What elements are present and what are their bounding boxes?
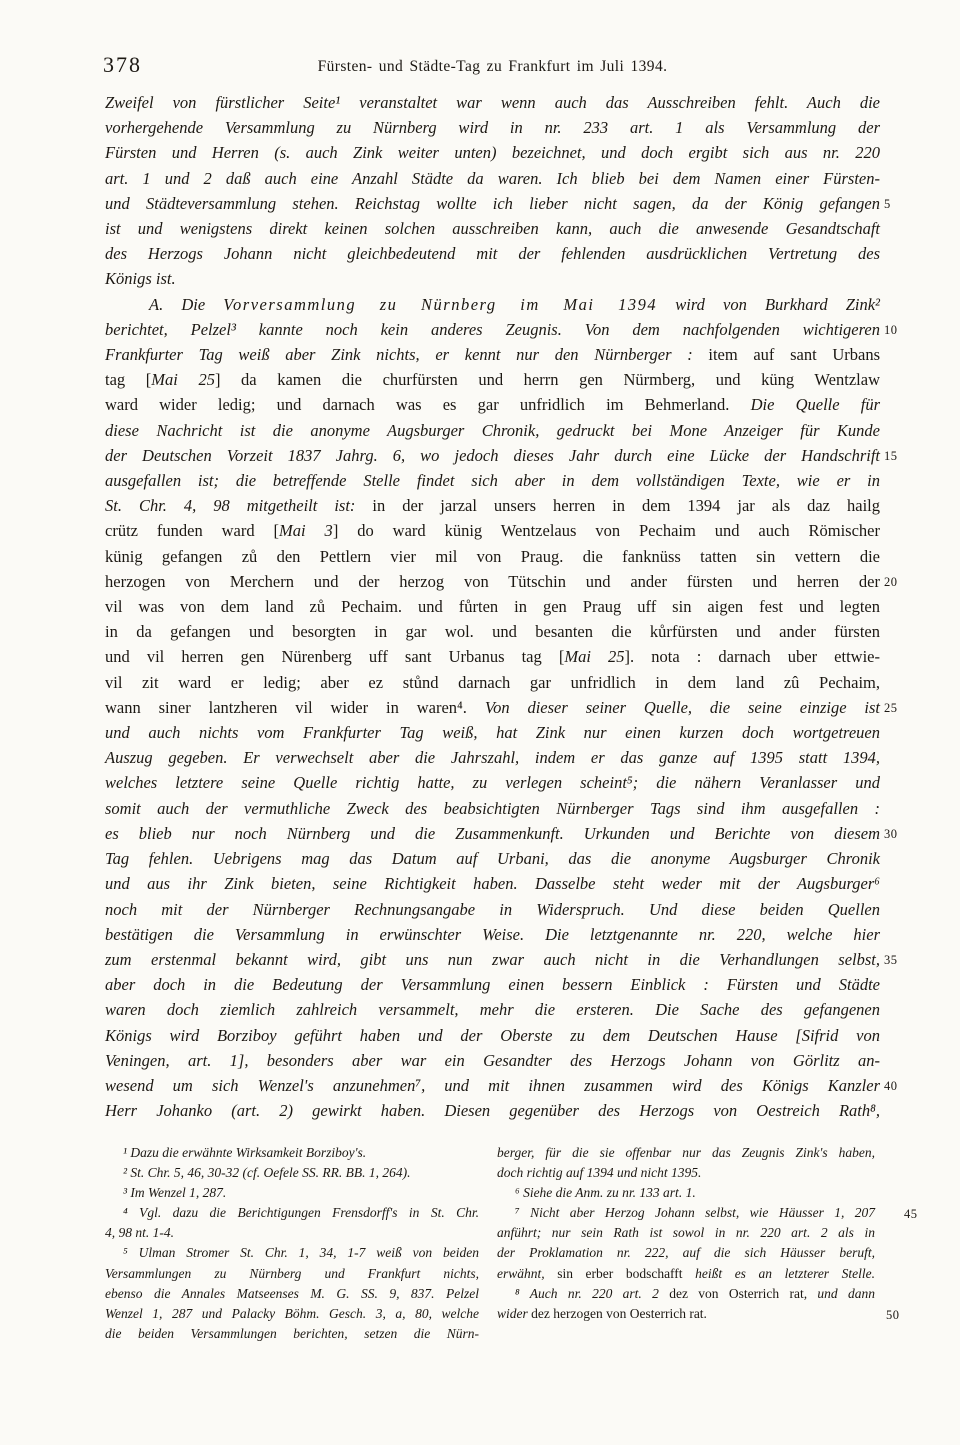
text-line: wann siner lantzheren vil wider in waren… bbox=[105, 695, 880, 720]
text-segment: , und dann bbox=[804, 1286, 875, 1301]
text-segment: und vil herren gen Nürenberg uff sant Ur… bbox=[105, 647, 564, 666]
text-line: berichtet, Pelzel³ kannte noch kein ande… bbox=[105, 317, 880, 342]
text-segment: tag [ bbox=[105, 370, 151, 389]
text-segment: Auszug gegeben. Er verwechselt aber die … bbox=[105, 748, 880, 767]
text-segment: anführt; nur sein Rath ist sowol in nr. … bbox=[497, 1225, 875, 1240]
text-segment: waren doch ziemlich zahlreich versammelt… bbox=[105, 1000, 880, 1019]
text-segment: Von dieser seiner Quelle, die seine einz… bbox=[485, 698, 880, 717]
text-segment: ]. nota : darnach uber ettwie- bbox=[625, 647, 880, 666]
text-line: vorhergehende Versammlung zu Nürnberg wi… bbox=[105, 115, 880, 140]
text-segment: doch richtig auf 1394 und nicht 1395. bbox=[497, 1165, 701, 1180]
text-line: Auszug gegeben. Er verwechselt aber die … bbox=[105, 745, 880, 770]
text-segment: und Städteversammlung stehen. Reichstag … bbox=[105, 194, 880, 213]
text-segment: noch mit der Nürnberger Rechnungsangabe … bbox=[105, 900, 880, 919]
text-line: ist und wenigstens direkt keinen solchen… bbox=[105, 216, 880, 241]
text-segment: Tag fehlen. Uebrigens mag das Datum auf … bbox=[105, 849, 880, 868]
text-segment: Veningen, art. 1], besonders aber war ei… bbox=[105, 1051, 880, 1070]
text-line: Königs ist. bbox=[105, 266, 880, 291]
margin-line-number: 30 bbox=[884, 822, 898, 847]
text-line: Fürsten und Herren (s. auch Zink weiter … bbox=[105, 140, 880, 165]
text-line: aber doch in die Bedeutung der Versammlu… bbox=[105, 972, 880, 997]
text-line: vil was von dem land zů Pechaim. und fůr… bbox=[105, 594, 880, 619]
text-segment: welches letztere seine Quelle richtig ha… bbox=[105, 773, 880, 792]
text-line: berger, für die sie offenbar nur das Zeu… bbox=[497, 1143, 875, 1163]
main-text-block: Zweifel von fürstlicher Seite¹ veranstal… bbox=[105, 90, 880, 1123]
text-line: somit auch der vermuthliche Zweck des be… bbox=[105, 796, 880, 821]
text-line: diese Nachricht ist die anonyme Augsburg… bbox=[105, 418, 880, 443]
text-line: noch mit der Nürnberger Rechnungsangabe … bbox=[105, 897, 880, 922]
text-segment: Zweifel von fürstlicher Seite¹ veranstal… bbox=[105, 93, 880, 112]
text-segment: Vorversammlung zu Nürnberg im Mai 1394 bbox=[223, 295, 657, 314]
text-line: ⁵ Ulman Stromer St. Chr. 1, 34, 1-7 weiß… bbox=[105, 1243, 479, 1263]
text-segment: ⁴ Vgl. dazu die Berichtigungen Frensdorf… bbox=[123, 1205, 479, 1220]
text-segment: wann siner lantzheren vil wider in waren… bbox=[105, 698, 485, 717]
text-line: künig gefangen zů den Pettlern vier mil … bbox=[105, 544, 880, 569]
text-segment: wesend um sich Wenzel's anzunehmen⁷, und… bbox=[105, 1076, 880, 1095]
text-line: wider dez herzogen von Oesterrich rat.50 bbox=[497, 1304, 875, 1324]
text-line: Veningen, art. 1], besonders aber war ei… bbox=[105, 1048, 880, 1073]
text-line: tag [Mai 25] da kamen die churfürsten un… bbox=[105, 367, 880, 392]
text-line: ⁷ Nicht aber Herzog Johann selbst, wie H… bbox=[497, 1203, 875, 1223]
text-segment: und auch nichts vom Frankfurter Tag weiß… bbox=[105, 723, 880, 742]
text-line: waren doch ziemlich zahlreich versammelt… bbox=[105, 997, 880, 1022]
text-segment: Mai 3 bbox=[279, 521, 333, 540]
text-line: in da gefangen und besorgten in gar wol.… bbox=[105, 619, 880, 644]
margin-line-number: 10 bbox=[884, 318, 898, 343]
margin-line-number: 40 bbox=[884, 1074, 898, 1099]
text-segment: und aus ihr Zink bieten, seine Richtigke… bbox=[105, 874, 880, 893]
text-segment: crütz funden ward [ bbox=[105, 521, 279, 540]
text-line: ward wider ledig; und darnach was es gar… bbox=[105, 392, 880, 417]
text-segment: Wenzel 1, 287 und Palacky Böhm. Gesch. 3… bbox=[105, 1306, 479, 1321]
text-line: ¹ Dazu die erwähnte Wirksamkeit Borziboy… bbox=[105, 1143, 479, 1163]
text-line: St. Chr. 4, 98 mitgetheilt ist: in der j… bbox=[105, 493, 880, 518]
text-line: Frankfurter Tag weiß aber Zink nichts, e… bbox=[105, 342, 880, 367]
text-line: wesend um sich Wenzel's anzunehmen⁷, und… bbox=[105, 1073, 880, 1098]
text-segment: der Proklamation nr. 222, auf die sich H… bbox=[497, 1245, 875, 1260]
text-segment: ebenso die Annales Matseenses M. G. SS. … bbox=[105, 1286, 479, 1301]
text-segment: Fürsten und Herren (s. auch Zink weiter … bbox=[105, 143, 880, 162]
text-segment: heißt es an letzterer Stelle. bbox=[683, 1266, 875, 1281]
text-line: Tag fehlen. Uebrigens mag das Datum auf … bbox=[105, 846, 880, 871]
text-segment: ] do ward künig Wentzelaus von Pechaim u… bbox=[333, 521, 880, 540]
text-line: es blieb nur noch Nürnberg und die Zusam… bbox=[105, 821, 880, 846]
text-segment: ⁶ Siehe die Anm. zu nr. 133 art. 1. bbox=[515, 1185, 696, 1200]
margin-line-number: 5 bbox=[884, 192, 891, 217]
text-segment: Königs ist. bbox=[105, 269, 176, 288]
text-line: Zweifel von fürstlicher Seite¹ veranstal… bbox=[105, 90, 880, 115]
text-line: des Herzogs Johann nicht gleichbedeutend… bbox=[105, 241, 880, 266]
text-line: bestätigen die Versammlung in erwünschte… bbox=[105, 922, 880, 947]
footnotes-section: ¹ Dazu die erwähnte Wirksamkeit Borziboy… bbox=[105, 1143, 880, 1344]
text-segment: ⁵ Ulman Stromer St. Chr. 1, 34, 1-7 weiß… bbox=[123, 1245, 479, 1260]
text-segment: dez von Osterrich rat bbox=[669, 1286, 803, 1301]
text-segment: sin erber bodschafft bbox=[557, 1266, 682, 1281]
text-line: und vil herren gen Nürenberg uff sant Ur… bbox=[105, 644, 880, 669]
text-segment: des Herzogs Johann nicht gleichbedeutend… bbox=[105, 244, 880, 263]
text-segment: ¹ Dazu die erwähnte Wirksamkeit Borziboy… bbox=[123, 1145, 366, 1160]
text-segment: art. 1 und 2 daß auch eine Anzahl Städte… bbox=[105, 169, 880, 188]
text-segment: St. Chr. 4, 98 mitgetheilt ist: bbox=[105, 496, 372, 515]
text-line: ² St. Chr. 5, 46, 30-32 (cf. Oefele SS. … bbox=[105, 1163, 479, 1183]
text-line: Wenzel 1, 287 und Palacky Böhm. Gesch. 3… bbox=[105, 1304, 479, 1324]
margin-line-number: 15 bbox=[884, 444, 898, 469]
text-segment: Die Quelle für bbox=[751, 395, 880, 414]
text-line: doch richtig auf 1394 und nicht 1395. bbox=[497, 1163, 875, 1183]
text-segment: somit auch der vermuthliche Zweck des be… bbox=[105, 799, 880, 818]
text-segment: vorhergehende Versammlung zu Nürnberg wi… bbox=[105, 118, 880, 137]
text-segment: wird von Burkhard Zink² bbox=[657, 295, 880, 314]
margin-line-number: 20 bbox=[884, 570, 898, 595]
text-segment: zum erstenmal bekannt wird, gibt uns nun… bbox=[105, 950, 880, 969]
text-line: und Städteversammlung stehen. Reichstag … bbox=[105, 191, 880, 216]
text-line: Königs wird Borziboy geführt haben und d… bbox=[105, 1023, 880, 1048]
text-line: anführt; nur sein Rath ist sowol in nr. … bbox=[497, 1223, 875, 1243]
text-segment: die beiden Versammlungen berichten, setz… bbox=[105, 1326, 479, 1341]
text-line: erwähnt, sin erber bodschafft heißt es a… bbox=[497, 1264, 875, 1284]
text-segment: ³ Im Wenzel 1, 287. bbox=[123, 1185, 226, 1200]
text-segment: ist und wenigstens direkt keinen solchen… bbox=[105, 219, 880, 238]
text-line: der Proklamation nr. 222, auf die sich H… bbox=[497, 1243, 875, 1263]
text-segment: in der jarzal unsers herren in dem 1394 … bbox=[372, 496, 880, 515]
running-title: Fürsten- und Städte-Tag zu Frankfurt im … bbox=[105, 58, 880, 76]
text-line: ⁴ Vgl. dazu die Berichtigungen Frensdorf… bbox=[105, 1203, 479, 1223]
text-line: ausgefallen ist; die betreffende Stelle … bbox=[105, 468, 880, 493]
text-segment: Königs wird Borziboy geführt haben und d… bbox=[105, 1026, 880, 1045]
text-segment: item auf sant Urbans bbox=[708, 345, 880, 364]
text-segment: bestätigen die Versammlung in erwünschte… bbox=[105, 925, 880, 944]
text-segment: künig gefangen zů den Pettlern vier mil … bbox=[105, 547, 880, 566]
text-line: Versammlungen zu Nürnberg und Frankfurt … bbox=[105, 1264, 479, 1284]
text-line: herzogen von Merchern und der herzog von… bbox=[105, 569, 880, 594]
text-segment: ⁷ Nicht aber Herzog Johann selbst, wie H… bbox=[515, 1205, 875, 1220]
footnote-column-right: berger, für die sie offenbar nur das Zeu… bbox=[497, 1143, 875, 1344]
text-segment: vil zit ward er ledig; aber ez stůnd dar… bbox=[105, 673, 880, 692]
text-segment: ausgefallen ist; die betreffende Stelle … bbox=[105, 471, 880, 490]
text-segment: ² St. Chr. 5, 46, 30-32 (cf. Oefele SS. … bbox=[123, 1165, 411, 1180]
text-line: Herr Johanko (art. 2) gewirkt haben. Die… bbox=[105, 1098, 880, 1123]
text-line: und aus ihr Zink bieten, seine Richtigke… bbox=[105, 871, 880, 896]
margin-line-number: 25 bbox=[884, 696, 898, 721]
text-line: welches letztere seine Quelle richtig ha… bbox=[105, 770, 880, 795]
margin-line-number: 50 bbox=[886, 1305, 900, 1325]
text-segment: 4, 98 nt. 1-4. bbox=[105, 1225, 174, 1240]
text-segment: vil was von dem land zů Pechaim. und fůr… bbox=[105, 597, 880, 616]
text-segment: A. Die bbox=[149, 295, 223, 314]
text-segment: berichtet, Pelzel³ kannte noch kein ande… bbox=[105, 320, 880, 339]
text-segment: ⁸ Auch nr. 220 art. 2 bbox=[515, 1286, 669, 1301]
text-segment: erwähnt, bbox=[497, 1266, 557, 1281]
text-segment: ] da kamen die churfürsten und herrn gen… bbox=[215, 370, 880, 389]
text-segment: es blieb nur noch Nürnberg und die Zusam… bbox=[105, 824, 880, 843]
margin-line-number: 45 bbox=[886, 1204, 918, 1224]
text-segment: ward wider ledig; und darnach was es gar… bbox=[105, 395, 751, 414]
text-line: 4, 98 nt. 1-4. bbox=[105, 1223, 479, 1243]
text-segment: Mai 25 bbox=[151, 370, 215, 389]
text-segment: Mai 25 bbox=[564, 647, 624, 666]
text-segment: herzogen von Merchern und der herzog von… bbox=[105, 572, 880, 591]
book-page: 378 Fürsten- und Städte-Tag zu Frankfurt… bbox=[0, 0, 960, 1445]
text-line: ³ Im Wenzel 1, 287. bbox=[105, 1183, 479, 1203]
text-segment: berger, für die sie offenbar nur das Zeu… bbox=[497, 1145, 875, 1160]
footnote-column-left: ¹ Dazu die erwähnte Wirksamkeit Borziboy… bbox=[105, 1143, 479, 1344]
text-line: ⁸ Auch nr. 220 art. 2 dez von Osterrich … bbox=[497, 1284, 875, 1304]
text-line: die beiden Versammlungen berichten, setz… bbox=[105, 1324, 479, 1344]
text-segment: in da gefangen und besorgten in gar wol.… bbox=[105, 622, 880, 641]
text-line: art. 1 und 2 daß auch eine Anzahl Städte… bbox=[105, 166, 880, 191]
text-line: der Deutschen Vorzeit 1837 Jahrg. 6, wo … bbox=[105, 443, 880, 468]
text-line: und auch nichts vom Frankfurter Tag weiß… bbox=[105, 720, 880, 745]
text-line: ⁶ Siehe die Anm. zu nr. 133 art. 1. bbox=[497, 1183, 875, 1203]
text-segment: aber doch in die Bedeutung der Versammlu… bbox=[105, 975, 880, 994]
text-line: A. Die Vorversammlung zu Nürnberg im Mai… bbox=[105, 292, 880, 317]
text-segment: wider bbox=[497, 1306, 531, 1321]
text-line: vil zit ward er ledig; aber ez stůnd dar… bbox=[105, 670, 880, 695]
text-line: crütz funden ward [Mai 3] do ward künig … bbox=[105, 518, 880, 543]
text-segment: der Deutschen Vorzeit 1837 Jahrg. 6, wo … bbox=[105, 446, 880, 465]
text-segment: Herr Johanko (art. 2) gewirkt haben. Die… bbox=[105, 1101, 880, 1120]
text-line: zum erstenmal bekannt wird, gibt uns nun… bbox=[105, 947, 880, 972]
text-segment: Versammlungen zu Nürnberg und Frankfurt … bbox=[105, 1266, 479, 1281]
text-segment: dez herzogen von Oesterrich rat. bbox=[531, 1306, 707, 1321]
margin-line-number: 35 bbox=[884, 948, 898, 973]
text-segment: diese Nachricht ist die anonyme Augsburg… bbox=[105, 421, 880, 440]
text-line: ebenso die Annales Matseenses M. G. SS. … bbox=[105, 1284, 479, 1304]
text-segment: Frankfurter Tag weiß aber Zink nichts, e… bbox=[105, 345, 708, 364]
